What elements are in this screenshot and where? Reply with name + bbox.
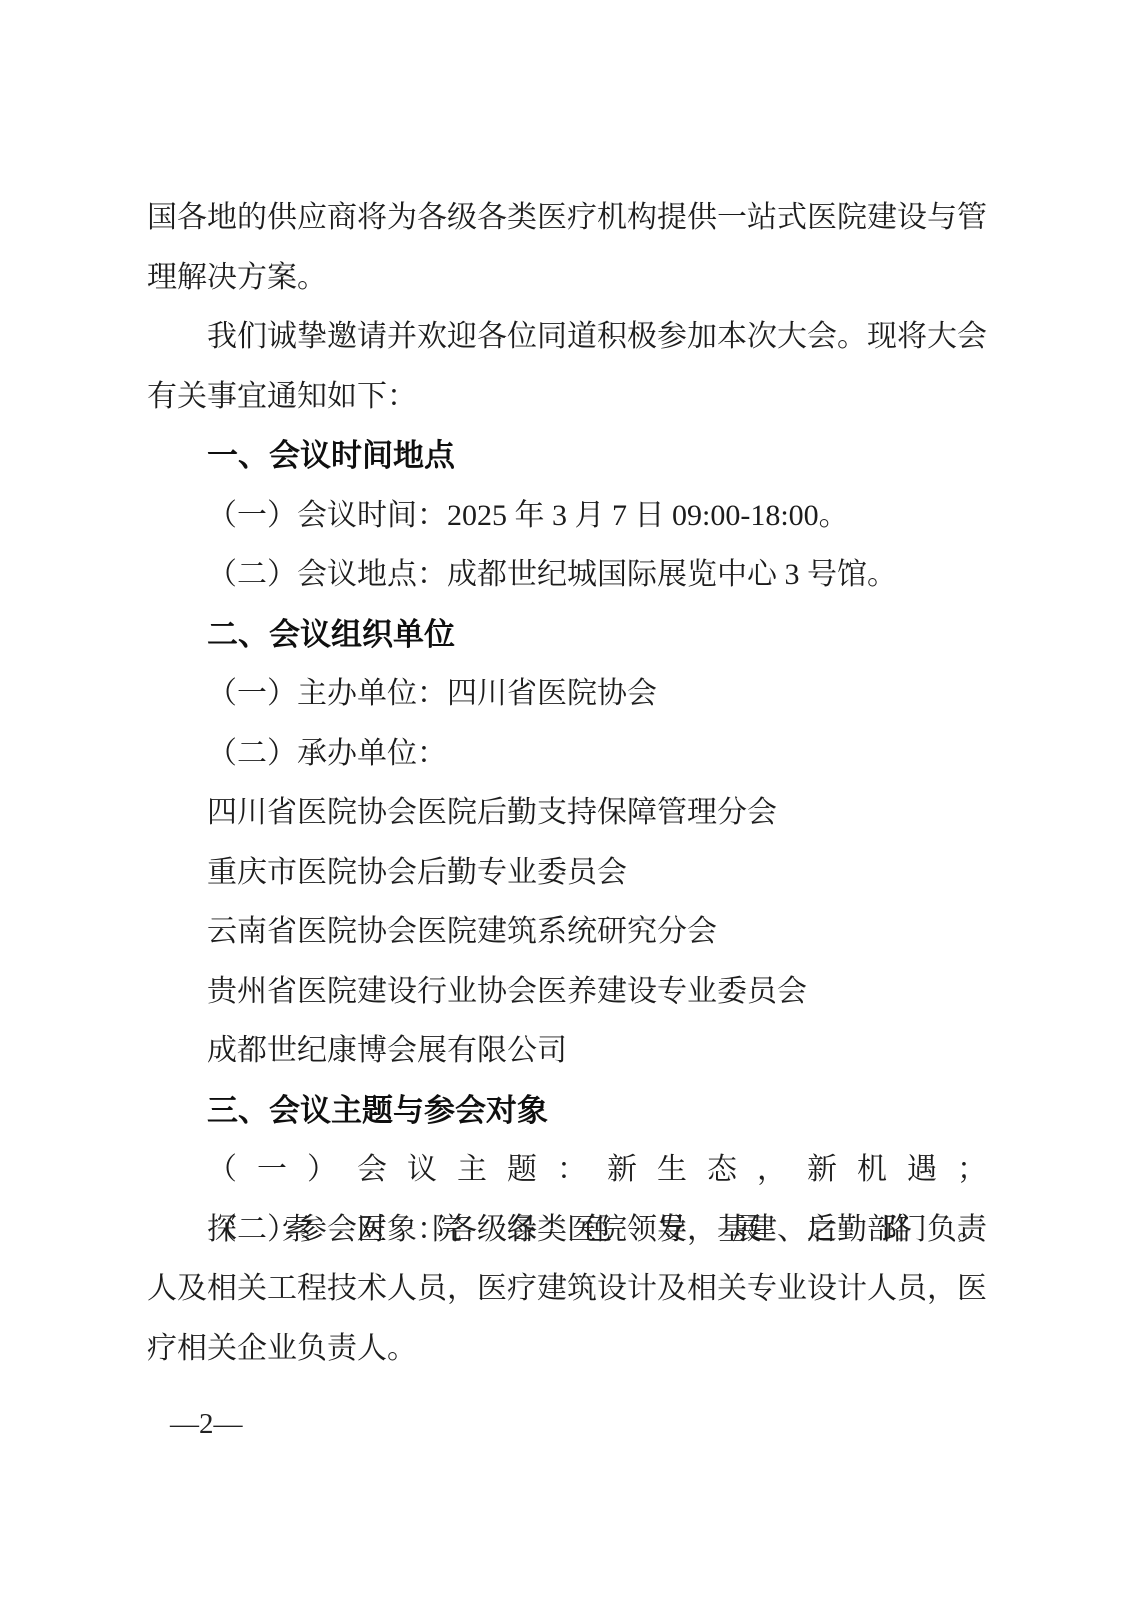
document-body: 国各地的供应商将为各级各类医疗机构提供一站式医院建设与管 理解决方案。 我们诚挚… [147,188,987,1378]
page-number: —2— [170,1406,243,1442]
organizer-line: 成都世纪康博会展有限公司 [147,1021,987,1081]
organizer-line: 云南省医院协会医院建筑系统研究分会 [147,902,987,962]
section-3-item-attendees-3: 疗相关企业负责人。 [147,1319,987,1379]
section-3-item-theme: （一）会议主题：新生态，新机遇；探索医院绿色发展之路。 [147,1140,987,1200]
section-1-heading: 一、会议时间地点 [147,426,987,486]
section-1-item-time: （一）会议时间：2025 年 3 月 7 日 09:00-18:00。 [147,486,987,546]
section-2-heading: 二、会议组织单位 [147,605,987,665]
intro-line-4: 有关事宜通知如下： [147,367,987,427]
document-page: 国各地的供应商将为各级各类医疗机构提供一站式医院建设与管 理解决方案。 我们诚挚… [0,0,1131,1600]
intro-line-1: 国各地的供应商将为各级各类医疗机构提供一站式医院建设与管 [147,188,987,248]
section-2-item-host: （一）主办单位：四川省医院协会 [147,664,987,724]
organizer-line: 贵州省医院建设行业协会医养建设专业委员会 [147,962,987,1022]
intro-line-2: 理解决方案。 [147,248,987,308]
organizer-line: 重庆市医院协会后勤专业委员会 [147,843,987,903]
section-2-item-undertaker: （二）承办单位： [147,724,987,784]
section-1-item-place: （二）会议地点：成都世纪城国际展览中心 3 号馆。 [147,545,987,605]
organizer-line: 四川省医院协会医院后勤支持保障管理分会 [147,783,987,843]
section-3-item-attendees-1: （二）参会对象：各级各类医院领导，基建、后勤部门负责 [147,1200,987,1260]
section-3-heading: 三、会议主题与参会对象 [147,1081,987,1141]
section-3-item-attendees-2: 人及相关工程技术人员，医疗建筑设计及相关专业设计人员，医 [147,1259,987,1319]
intro-line-3: 我们诚挚邀请并欢迎各位同道积极参加本次大会。现将大会 [147,307,987,367]
